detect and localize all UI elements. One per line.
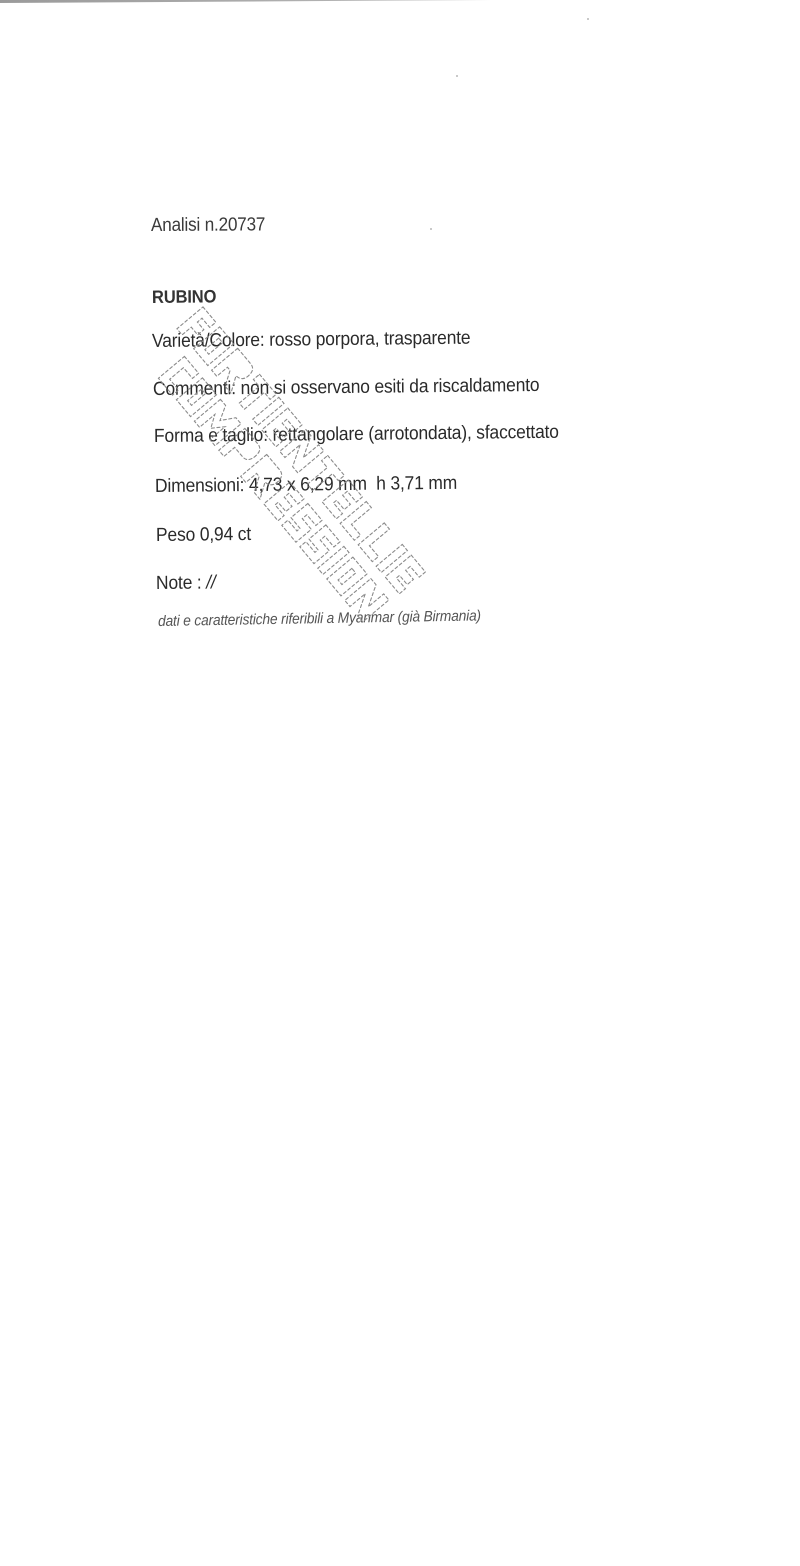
field-label: Commenti:: [153, 378, 236, 400]
field-value: rettangolare (arrotondata), sfaccettato: [272, 422, 558, 446]
field-label: Forma e taglio:: [154, 425, 268, 447]
field-value: non si osservano esiti da riscaldamento: [240, 375, 539, 399]
field-commenti: Commenti: non si osservano esiti da risc…: [153, 375, 540, 401]
field-peso: Peso 0,94 ct: [156, 524, 251, 547]
field-note: Note : //: [156, 572, 216, 595]
field-label: Note :: [156, 573, 202, 594]
field-value: rosso porpora, trasparente: [269, 328, 470, 351]
field-label: Dimensioni:: [155, 475, 245, 497]
field-varieta-colore: Varietà/Colore: rosso porpora, trasparen…: [152, 328, 471, 353]
field-label: Peso: [156, 525, 195, 546]
field-value: //: [206, 572, 216, 593]
field-label: Varietà/Colore:: [152, 330, 265, 352]
field-forma-taglio: Forma e taglio: rettangolare (arrotondat…: [154, 422, 559, 448]
stone-title: RUBINO: [152, 286, 216, 308]
field-value: 4,73 x 6,29 mm h 3,71 mm: [249, 473, 457, 496]
analysis-report: Analisi n.20737 RUBINO Varietà/Colore: r…: [0, 0, 800, 1566]
origin-note: dati e caratteristiche riferibili a Myan…: [158, 607, 481, 630]
field-value: 0,94 ct: [200, 524, 251, 546]
analysis-number: Analisi n.20737: [151, 214, 265, 237]
field-dimensioni: Dimensioni: 4,73 x 6,29 mm h 3,71 mm: [155, 473, 457, 498]
